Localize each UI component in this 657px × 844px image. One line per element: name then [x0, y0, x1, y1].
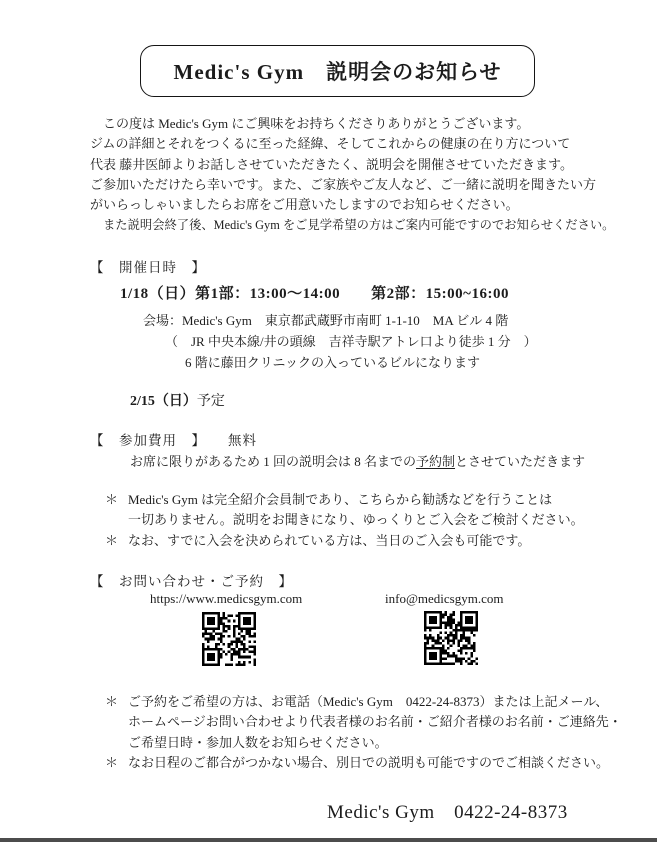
- note-line: なお、すでに入会を決められている方は、当日のご入会も可能です。: [128, 531, 530, 551]
- note-line: 一切ありません。説明をお聞きになり、ゆっくりとご入会をご検討ください。: [128, 510, 584, 530]
- schedule-datetime: 1/18（日）第1部：13:00～14:00 第2部：15:00~16:00: [120, 282, 509, 303]
- note-line: なお日程のご都合がつかない場合、別日での説明も可能ですのでご相談ください。: [128, 753, 609, 773]
- note-line: Medic's Gym は完全紹介会員制であり、こちらから勧誘などを行うことは: [128, 490, 584, 510]
- list-item: ＊ Medic's Gym は完全紹介会員制であり、こちらから勧誘などを行うこと…: [105, 490, 645, 531]
- note-line: ご予約をご希望の方は、お電話（Medic's Gym 0422-24-8373）…: [128, 692, 622, 712]
- fee-note-text: お席に限りがあるため 1 回の説明会は 8 名までの: [130, 454, 416, 469]
- section-heading-contact: 【 お問い合わせ・ご予約 】: [90, 570, 293, 590]
- next-session-note: 予定: [197, 394, 225, 409]
- footer-contact: Medic's Gym 0422-24-8373: [327, 797, 568, 824]
- schedule-next-session: 2/15（日）予定: [130, 390, 225, 410]
- contact-email-address: info@medicsgym.com: [385, 591, 503, 607]
- next-session-date: 2/15（日）: [130, 394, 197, 409]
- fee-reservation-note: お席に限りがあるため 1 回の説明会は 8 名までの予約制とさせていただきます: [130, 451, 585, 470]
- intro-line: 代表 藤井医師よりお話しさせていただきたく、説明会を開催させていただきます。: [90, 155, 610, 175]
- intro-line: がいらっしゃいましたらお席をご用意いたしますのでお知らせください。: [90, 195, 610, 215]
- reservation-notes-list: ＊ ご予約をご希望の方は、お電話（Medic's Gym 0422-24-837…: [105, 692, 650, 773]
- intro-line: この度は Medic's Gym にご興味をお持ちくださりありがとうございます。: [90, 114, 610, 134]
- schedule-venue: 会場：Medic's Gym 東京都武蔵野市南町 1-1-10 MA ビル 4 …: [143, 310, 508, 329]
- intro-line: また説明会終了後、Medic's Gym をご見学希望の方はご案内可能ですのでお…: [90, 215, 610, 235]
- intro-line: ジムの詳細とそれをつくるに至った経緯、そしてこれからの健康の在り方について: [90, 134, 610, 154]
- page-bottom-edge: [0, 838, 657, 842]
- note-line: ホームページお問い合わせより代表者様のお名前・ご紹介者様のお名前・ご連絡先・: [128, 712, 622, 732]
- membership-notes-list: ＊ Medic's Gym は完全紹介会員制であり、こちらから勧誘などを行うこと…: [105, 490, 645, 551]
- asterisk-bullet: ＊: [105, 490, 128, 510]
- section-heading-schedule: 【 開催日時 】: [90, 256, 206, 276]
- list-item: ＊ ご予約をご希望の方は、お電話（Medic's Gym 0422-24-837…: [105, 692, 650, 753]
- note-line: ご希望日時・参加人数をお知らせください。: [128, 733, 622, 753]
- schedule-building-note: 6 階に藤田クリニックの入っているビルになります: [185, 352, 480, 371]
- qr-code-email: [424, 611, 478, 665]
- intro-line: ご参加いただけたら幸いです。また、ご家族やご友人など、ご一緒に説明を聞きたい方: [90, 175, 610, 195]
- schedule-access: （ JR 中央本線/井の頭線 吉祥寺駅アトレ口より徒歩 1 分 ）: [165, 331, 537, 350]
- asterisk-bullet: ＊: [105, 692, 128, 712]
- page-title: Medic's Gym 説明会のお知らせ: [174, 56, 502, 86]
- fee-note-text: とさせていただきます: [455, 454, 585, 469]
- fee-note-underlined: 予約制: [416, 454, 455, 469]
- document-page: { "glyphs": { "bullet": "＊" }, "title": …: [0, 0, 657, 844]
- contact-website-url: https://www.medicsgym.com: [150, 591, 302, 607]
- asterisk-bullet: ＊: [105, 753, 128, 773]
- fee-value: 無料: [228, 433, 257, 448]
- asterisk-bullet: ＊: [105, 531, 128, 551]
- document-title-box: Medic's Gym 説明会のお知らせ: [140, 45, 535, 97]
- fee-heading-label: 【 参加費用 】: [90, 433, 206, 448]
- section-heading-fee: 【 参加費用 】無料: [90, 429, 257, 449]
- list-item: ＊ なお日程のご都合がつかない場合、別日での説明も可能ですのでご相談ください。: [105, 753, 650, 773]
- intro-paragraph: この度は Medic's Gym にご興味をお持ちくださりありがとうございます。…: [90, 114, 610, 236]
- qr-code-website: [202, 612, 256, 666]
- list-item: ＊ なお、すでに入会を決められている方は、当日のご入会も可能です。: [105, 531, 645, 551]
